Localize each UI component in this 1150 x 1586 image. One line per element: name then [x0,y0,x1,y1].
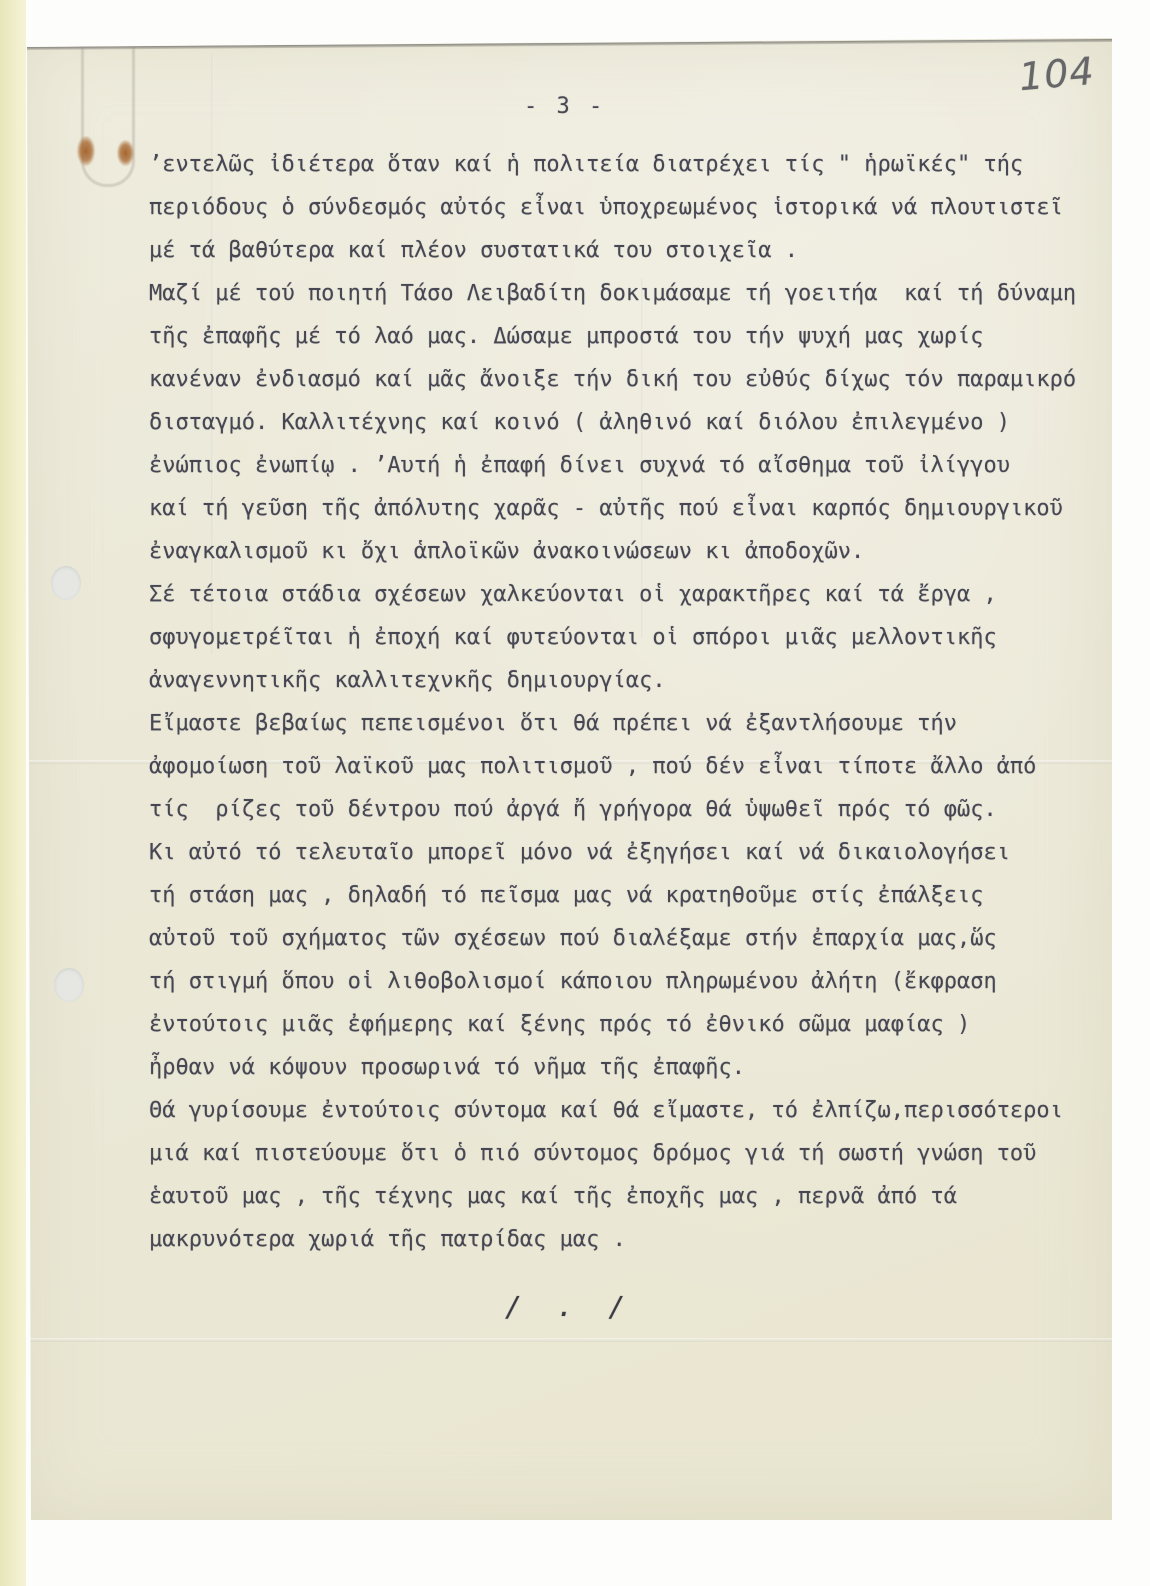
text-line: ἦρθαν νά κόψουν προσωρινά τό νῆμα τῆς ἐπ… [149,1046,1124,1089]
text-line: μέ τά βαθύτερα καί πλέον συστατικά του σ… [149,229,1124,272]
handwritten-folio-number: 104 [1017,49,1096,99]
rust-stain [117,140,134,166]
scanner-edge-strip [0,0,26,1586]
text-line: περιόδους ὁ σύνδεσμός αὐτός εἶναι ὑποχρε… [149,186,1124,229]
text-line: ἐντούτοις μιᾶς ἐφήμερης καί ξένης πρός τ… [149,1003,1124,1046]
text-line: σφυγομετρέῖται ἡ ἐποχή καί φυτεύονται οἱ… [149,616,1124,659]
page-number: - 3 - [524,94,605,119]
punch-hole-mark [51,566,81,600]
text-line: Μαζί μέ τού ποιητή Τάσο Λειβαδίτη δοκιμά… [149,272,1124,315]
text-line: ἐνώπιος ἐνωπίῳ . ’Αυτή ἡ ἐπαφή δίνει συχ… [149,444,1124,487]
text-line: τή στάση μας , δηλαδή τό πεῖσμα μας νά κ… [149,874,1124,917]
text-line: μιά καί πιστεύουμε ὅτι ὁ πιό σύντομος δρ… [149,1132,1124,1175]
text-line: ἑαυτοῦ μας , τῆς τέχνης μας καί τῆς ἐποχ… [149,1175,1124,1218]
text-line: τῆς ἐπαφῆς μέ τό λαό μας. Δώσαμε μπροστά… [149,315,1124,358]
text-line: Εἴμαστε βεβαίως πεπεισμένοι ὅτι θά πρέπε… [149,702,1124,745]
text-line: μακρυνότερα χωριά τῆς πατρίδας μας . [149,1218,1124,1261]
text-line: τή στιγμή ὅπου οἱ λιθοβολισμοί κάποιου π… [149,960,1124,1003]
text-line: ἀναγεννητικῆς καλλιτεχνκῆς δημιουργίας. [149,659,1124,702]
paperclip-imprint-icon [81,46,135,187]
text-line: Θά γυρίσουμε ἐντούτοις σύντομα καί θά εἴ… [149,1089,1124,1132]
text-line: ἀφομοίωση τοῦ λαϊκοῦ μας πολιτισμοῦ , πο… [149,745,1124,788]
scanned-document-screenshot: { "doc": { "folio_number": "104", "page_… [0,0,1150,1586]
paper-crease [27,1338,1112,1342]
typed-end-mark: / . / [505,1290,634,1323]
typewritten-text-block: ’εντελῶς ἰδιέτερα ὅταν καί ἡ πολιτεία δι… [149,143,1124,1261]
text-line: Κι αὐτό τό τελευταῖο μπορεῖ μόνο νά ἐξηγ… [149,831,1124,874]
text-line: καί τή γεῦση τῆς ἀπόλυτης χαρᾶς - αὐτῆς … [149,487,1124,530]
text-line: δισταγμό. Καλλιτέχνης καί κοινό ( ἀληθιν… [149,401,1124,444]
text-line: αὐτοῦ τοῦ σχήματος τῶν σχέσεων πού διαλέ… [149,917,1124,960]
text-line: τίς ρίζες τοῦ δέντρου πού ἀργά ἤ γρήγορα… [149,788,1124,831]
paper-sheet: 104 - 3 - ’εντελῶς ἰδιέτερα ὅταν καί ἡ π… [27,38,1112,1520]
text-line: ἐναγκαλισμοῦ κι ὄχι ἁπλοϊκῶν ἀνακοινώσεω… [149,530,1124,573]
text-line: Σέ τέτοια στάδια σχέσεων χαλκεύονται οἱ … [149,573,1124,616]
text-line: ’εντελῶς ἰδιέτερα ὅταν καί ἡ πολιτεία δι… [149,143,1124,186]
punch-hole-mark [54,968,84,1002]
text-line: κανέναν ἐνδιασμό καί μᾶς ἄνοιξε τήν δική… [149,358,1124,401]
rust-stain [77,136,95,166]
